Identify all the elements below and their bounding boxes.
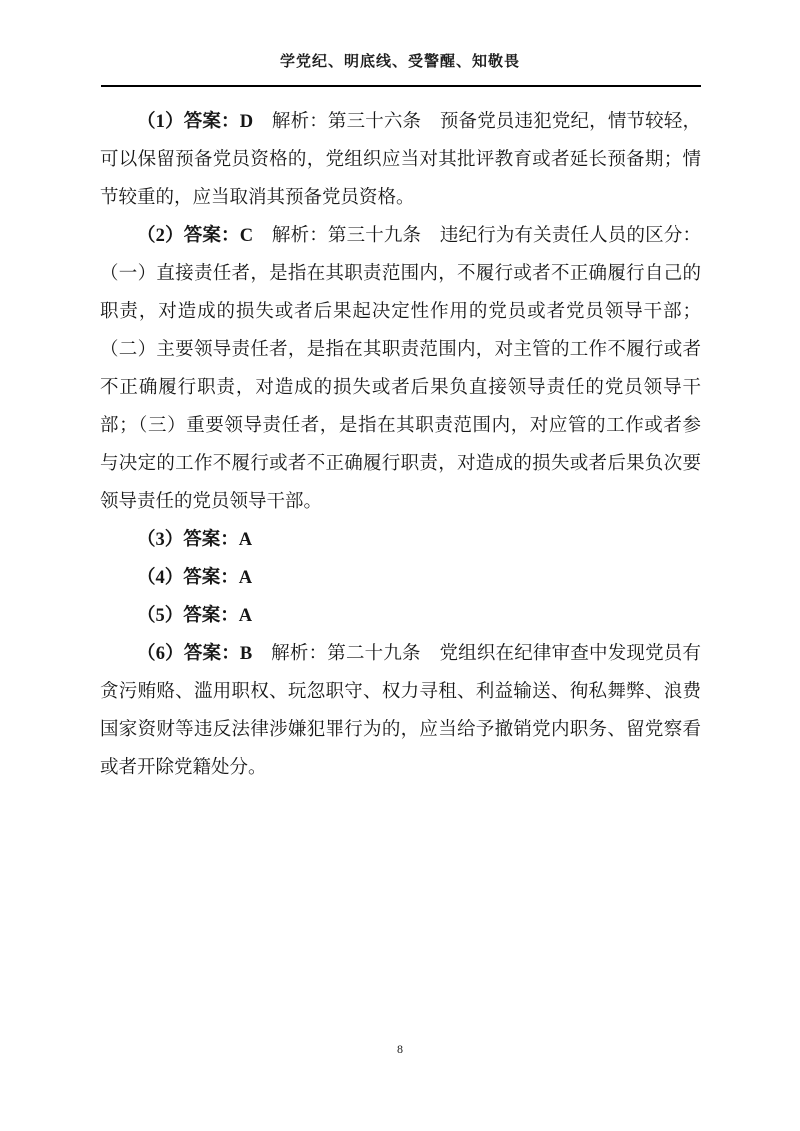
page-footer: 8 <box>0 1042 800 1057</box>
header-rule <box>101 85 701 87</box>
document-body: （1）答案：D 解析：第三十六条 预备党员违犯党纪，情节较轻，可以保留预备党员资… <box>100 103 701 787</box>
page-number: 8 <box>397 1042 403 1056</box>
document-page: 学党纪、明底线、受警醒、知敬畏 （1）答案：D 解析：第三十六条 预备党员违犯党… <box>0 0 800 1131</box>
answer-label: （4）答案：A <box>137 568 252 588</box>
answer-paragraph-3: （3）答案：A <box>100 521 701 559</box>
answer-label: （1）答案：D <box>137 112 253 132</box>
page-header-title: 学党纪、明底线、受警醒、知敬畏 <box>0 50 800 71</box>
answer-paragraph-5: （5）答案：A <box>100 597 701 635</box>
answer-paragraph-1: （1）答案：D 解析：第三十六条 预备党员违犯党纪，情节较轻，可以保留预备党员资… <box>100 103 701 217</box>
answer-label: （6）答案：B <box>137 644 252 664</box>
answer-label: （3）答案：A <box>137 530 252 550</box>
answer-paragraph-4: （4）答案：A <box>100 559 701 597</box>
answer-paragraph-2: （2）答案：C 解析：第三十九条 违纪行为有关责任人员的区分：（一）直接责任者，… <box>100 217 701 521</box>
answer-explanation: 解析：第三十九条 违纪行为有关责任人员的区分：（一）直接责任者，是指在其职责范围… <box>100 226 701 512</box>
answer-paragraph-6: （6）答案：B 解析：第二十九条 党组织在纪律审查中发现党员有贪污贿赂、滥用职权… <box>100 635 701 787</box>
answer-label: （2）答案：C <box>137 226 253 246</box>
answer-explanation: 解析：第二十九条 党组织在纪律审查中发现党员有贪污贿赂、滥用职权、玩忽职守、权力… <box>100 644 701 778</box>
answer-label: （5）答案：A <box>137 606 252 626</box>
